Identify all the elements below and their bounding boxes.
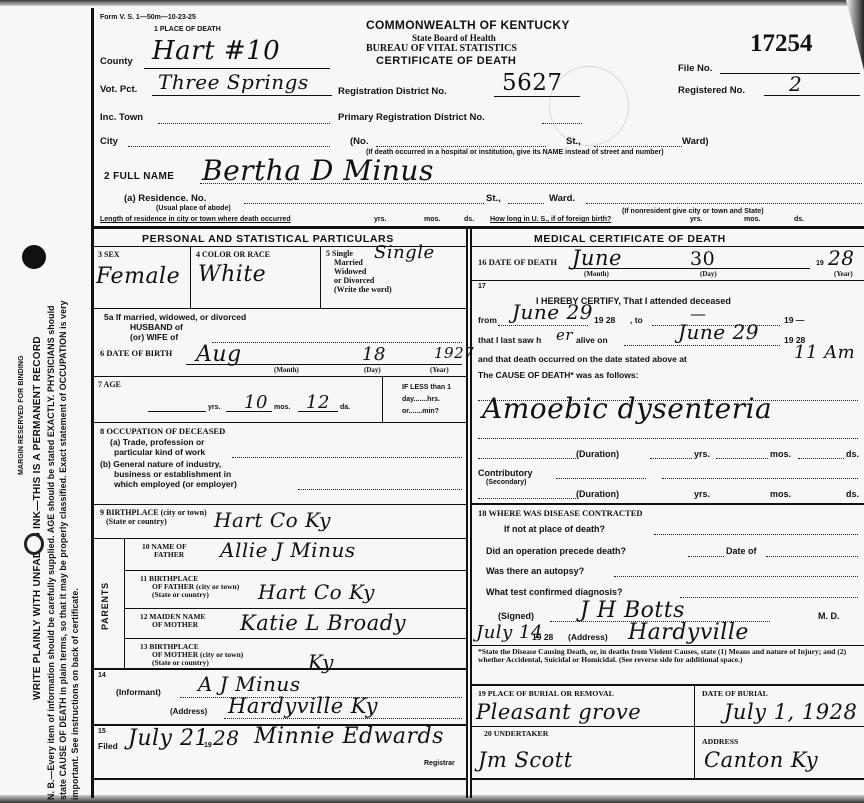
dod-year: 28 [828, 246, 854, 270]
dod-day: 30 [690, 248, 715, 270]
test-line [680, 597, 858, 598]
informant-address-line [224, 718, 462, 719]
city-ward-line [594, 146, 682, 147]
dob-day: 18 [362, 344, 386, 365]
autopsy-label: Was there an autopsy? [486, 566, 584, 576]
test-label: What test confirmed diagnosis? [486, 587, 623, 597]
undertaker-address-value: Canton Ky [704, 748, 818, 772]
age-days-value: 12 [306, 392, 330, 413]
file-number: 17254 [750, 30, 813, 58]
dod-month: June [572, 246, 622, 270]
occurred-text: and that death occurred on the date stat… [478, 354, 687, 364]
place-of-death-heading: 1 PLACE OF DEATH [154, 26, 221, 33]
age-months-value: 10 [244, 392, 268, 413]
personal-heading: PERSONAL AND STATISTICAL PARTICULARS [142, 233, 394, 245]
sex-label: 3 SEX [98, 250, 120, 259]
reg-district-value: 5627 [502, 70, 563, 96]
mother-birthplace-value: Ky [308, 650, 334, 674]
inc-town-label: Inc. Town [100, 112, 143, 123]
contributory-label: Contributory [478, 468, 533, 478]
primary-reg-label: Primary Registration District No. [338, 112, 485, 123]
occupation-a-line [232, 457, 462, 458]
length-ds: ds. [464, 216, 474, 223]
medical-heading: MEDICAL CERTIFICATE OF DEATH [534, 233, 726, 245]
occupation-a-1: (a) Trade, profession or [110, 437, 204, 447]
county-line [144, 68, 330, 69]
duration-2-mos: mos. [770, 489, 791, 499]
rule [124, 570, 466, 571]
city-label: City [100, 136, 118, 147]
attended-from-label: from [478, 315, 497, 325]
marital-status-value: Single [374, 242, 435, 263]
occupation-label: 8 OCCUPATION OF DECEASED [100, 426, 225, 436]
column-divider [466, 229, 468, 798]
last-saw-value: June 29 [678, 320, 759, 344]
attended-from-year: 19 28 [594, 315, 615, 325]
scan-edge-top [0, 0, 864, 6]
birthplace-value: Hart Co Ky [214, 508, 331, 532]
operation-date-label: Date of [726, 546, 757, 556]
parents-side-label: PARENTS [100, 582, 110, 630]
duration-ds-line [798, 458, 844, 459]
age-label: 7 AGE [98, 380, 121, 389]
duration-label: (Duration) [576, 449, 619, 459]
duration-mos: mos. [770, 449, 791, 459]
father-name-value: Allie J Minus [220, 538, 356, 562]
binding-margin: MARGIN RESERVED FOR BINDING WRITE PLAINL… [0, 0, 92, 803]
signed-label: (Signed) [498, 611, 534, 621]
registrar-signature: Minnie Edwards [254, 724, 444, 749]
mother-name-value: Katie L Broady [240, 611, 406, 635]
rule [570, 268, 810, 269]
filed-date: July 21 [128, 726, 209, 751]
cause-value: Amoebic dysenteria [482, 392, 772, 425]
rule [94, 376, 466, 377]
attended-from-line [498, 325, 588, 326]
inc-town-line [158, 123, 330, 124]
form-id: Form V. S. 1—50m—10-23-25 [100, 14, 196, 21]
primary-reg-line [542, 123, 582, 124]
undertaker-address-label: ADDRESS [702, 737, 738, 746]
mother-name-label-2: OF MOTHER [152, 620, 198, 629]
full-name-label: 2 FULL NAME [104, 171, 174, 182]
county-value: Hart #10 [152, 36, 280, 66]
last-saw-prefix: that I last saw h [478, 335, 541, 345]
certificate-form: Form V. S. 1—50m—10-23-25 1 PLACE OF DEA… [91, 8, 864, 798]
last-saw-line [624, 345, 780, 346]
duration-yrs: yrs. [694, 449, 710, 459]
foreign-mos: mos. [744, 216, 760, 223]
dod-label: 16 DATE OF DEATH [478, 257, 557, 267]
attended-from-value: June 29 [512, 300, 593, 324]
residence-label: (a) Residence. No. [124, 193, 206, 204]
dod-month-caption: (Month) [584, 270, 609, 278]
county-label: County [100, 56, 133, 67]
state-title: COMMONWEALTH OF KENTUCKY [366, 18, 570, 32]
not-at-place-label: If not at place of death? [504, 524, 605, 534]
duration-2-ds: ds. [846, 489, 859, 499]
burial-date-label: DATE OF BURIAL [702, 689, 768, 698]
burial-date-value: July 1, 1928 [724, 700, 857, 724]
rule [320, 246, 321, 308]
rule [472, 726, 864, 727]
race-value: White [198, 262, 266, 287]
registered-no-label: Registered No. [678, 85, 745, 96]
dob-month-caption: (Month) [274, 366, 299, 374]
marital-line: Widowed [326, 267, 392, 276]
occupation-b-line [298, 489, 462, 490]
city-st-label: St., [566, 136, 581, 147]
rule [94, 504, 466, 505]
punch-hole-icon [22, 245, 46, 269]
dod-year-prefix: 19 [816, 260, 824, 267]
last-saw-suffix: alive on [576, 335, 608, 345]
signature-year: 19 28 [532, 632, 553, 642]
vot-pct-label: Vot. Pct. [100, 84, 137, 95]
duration-mos-line [716, 458, 768, 459]
dob-label: 6 DATE OF BIRTH [100, 348, 172, 358]
father-birthplace-value: Hart Co Ky [258, 580, 375, 604]
undertaker-label: 20 UNDERTAKER [484, 729, 548, 738]
mother-birthplace-label-3: (State or country) [152, 658, 209, 667]
marital-line: (Write the word) [326, 285, 392, 294]
rule [226, 411, 272, 412]
age-yrs-label: yrs. [208, 404, 220, 411]
birthplace-label-1: 9 BIRTHPLACE (city or town) [100, 508, 207, 517]
filed-year: 28 [213, 726, 239, 750]
rule [472, 645, 864, 646]
rule [694, 686, 695, 778]
md-label: M. D. [818, 611, 840, 621]
birthplace-label-2: (State or country) [106, 517, 167, 526]
contributory-line-1 [556, 478, 646, 479]
contributory-line-2 [662, 478, 858, 479]
age-days-label: da. [340, 404, 350, 411]
margin-ink-warning: WRITE PLAINLY WITH UNFADING INK—THIS IS … [32, 336, 43, 700]
punch-hole-icon [24, 533, 44, 555]
margin-instructions-2: state CAUSE OF DEATH in plain terms, so … [58, 300, 68, 800]
occupation-b-2: business or establishment in [114, 469, 231, 479]
autopsy-line [614, 576, 858, 577]
certificate-title: CERTIFICATE OF DEATH [376, 55, 516, 67]
operation-label: Did an operation precede death? [486, 546, 626, 556]
death-certificate-page: MARGIN RESERVED FOR BINDING WRITE PLAINL… [0, 0, 864, 803]
less-line: or.......min? [402, 406, 451, 418]
residence-no-line [244, 203, 484, 204]
residence-sublabel: (Usual place of abode) [156, 205, 231, 212]
occupation-a-2: particular kind of work [114, 447, 205, 457]
foreign-ds: ds. [794, 216, 804, 223]
bureau-title: BUREAU OF VITAL STATISTICS [366, 43, 517, 54]
burial-place-value: Pleasant grove [476, 700, 641, 724]
reg-district-line [494, 96, 580, 97]
attended-to-label: , to [630, 315, 643, 325]
informant-value: A J Minus [198, 672, 301, 696]
section-divider [94, 226, 864, 229]
rule [94, 308, 466, 309]
rule [94, 778, 466, 780]
full-name-line [200, 183, 862, 184]
vot-pct-line [152, 95, 332, 96]
rule [148, 411, 206, 412]
rule [472, 246, 864, 247]
rule [190, 246, 191, 308]
informant-address-label: (Address) [170, 707, 207, 716]
physician-address-label: (Address) [568, 632, 608, 642]
rule [472, 778, 864, 780]
duration-2-line [478, 498, 576, 499]
margin-reserved-note: MARGIN RESERVED FOR BINDING [18, 355, 25, 475]
column-divider [470, 229, 472, 798]
occurred-time: 11 Am [794, 342, 855, 363]
burial-place-label: 19 PLACE OF BURIAL OR REMOVAL [478, 689, 614, 698]
residence-ward-label: Ward. [549, 193, 575, 204]
informant-number: 14 [98, 672, 106, 679]
less-line: day.......hrs. [402, 394, 451, 406]
race-label: 4 COLOR OR RACE [196, 250, 270, 259]
rule [298, 411, 338, 412]
residence-st-line [508, 203, 544, 204]
rule [382, 376, 383, 422]
reg-district-label: Registration District No. [338, 86, 447, 97]
occupation-b-3: which employed (or employer) [114, 479, 237, 489]
not-at-place-line [654, 534, 858, 535]
father-name-label-2: FATHER [154, 550, 184, 559]
city-line [128, 146, 330, 147]
rule [124, 608, 466, 609]
duration-2-label: (Duration) [576, 489, 619, 499]
undertaker-value: Jm Scott [478, 748, 573, 772]
registered-no-value: 2 [789, 72, 802, 96]
last-saw-pronoun: er [556, 326, 573, 344]
duration-ds: ds. [846, 449, 859, 459]
spouse-line [212, 342, 462, 343]
dod-day-caption: (Day) [700, 270, 717, 278]
secondary-label: (Secondary) [486, 479, 526, 486]
duration-yrs-line [650, 458, 692, 459]
spouse-label-3: (or) WIFE of [130, 332, 178, 342]
cause-line-2 [478, 438, 858, 439]
foreign-birth-label: How long in U. S., if of foreign birth? [490, 216, 611, 223]
filed-number: 15 [98, 728, 106, 735]
dob-year: 1927 [434, 344, 474, 362]
informant-label: (Informant) [116, 687, 161, 697]
margin-instructions-3: important. See instructions on back of c… [70, 588, 80, 800]
spouse-label-1: 5a If married, widowed, or divorced [104, 312, 246, 322]
attended-to-year: 19 — [784, 315, 804, 325]
rule [472, 503, 864, 505]
rule [186, 364, 462, 365]
less-line: IF LESS than 1 [402, 382, 451, 394]
rule [94, 422, 466, 423]
rule [124, 538, 125, 668]
file-no-label: File No. [678, 63, 712, 74]
rule [94, 668, 466, 670]
residence-st-label: St., [486, 193, 501, 204]
less-than-day-label: IF LESS than 1 day.......hrs. or.......m… [402, 382, 451, 418]
occupation-b-1: (b) General nature of industry, [100, 459, 221, 469]
dob-year-caption: (Year) [430, 366, 449, 374]
length-residence-label: Length of residence in city or town wher… [100, 216, 291, 223]
rule [472, 684, 864, 686]
city-no-line [376, 146, 546, 147]
rule [472, 280, 864, 281]
dob-day-caption: (Day) [364, 366, 381, 374]
length-mos: mos. [424, 216, 440, 223]
operation-date-line [766, 556, 858, 557]
nonresident-note: (If nonresident give city or town and St… [622, 208, 764, 215]
father-birthplace-label-3: (State or country) [152, 590, 209, 599]
city-ward-label: Ward) [682, 136, 709, 147]
vot-pct-value: Three Springs [158, 70, 309, 94]
cause-label: The CAUSE OF DEATH* was as follows: [478, 370, 638, 380]
registrar-label: Registrar [424, 760, 455, 767]
sex-value: Female [96, 264, 180, 289]
rule [124, 638, 466, 639]
registered-no-line [764, 95, 860, 96]
marital-line: or Divorced [326, 276, 392, 285]
physician-address-value: Hardyville [628, 620, 749, 645]
filed-year-prefix: 19 [204, 742, 212, 749]
item-17-number: 17 [478, 283, 486, 290]
dod-year-caption: (Year) [834, 270, 853, 278]
spouse-label-2: HUSBAND of [130, 322, 183, 332]
cause-footnote: *State the Disease Causing Death, or, in… [478, 648, 860, 665]
duration-2-yrs: yrs. [694, 489, 710, 499]
length-yrs: yrs. [374, 216, 386, 223]
foreign-yrs: yrs. [690, 216, 702, 223]
city-no-label: (No. [350, 136, 368, 147]
margin-instructions-1: N. B.—Every item of information should b… [46, 305, 56, 800]
board-title: State Board of Health [412, 33, 496, 43]
operation-line [688, 556, 724, 557]
residence-ward-line [586, 203, 862, 204]
contracted-label: 18 WHERE WAS DISEASE CONTRACTED [478, 508, 643, 518]
informant-address-value: Hardyville Ky [228, 694, 378, 718]
age-mos-label: mos. [274, 404, 290, 411]
filed-label: Filed [98, 741, 118, 751]
duration-line [478, 458, 576, 459]
